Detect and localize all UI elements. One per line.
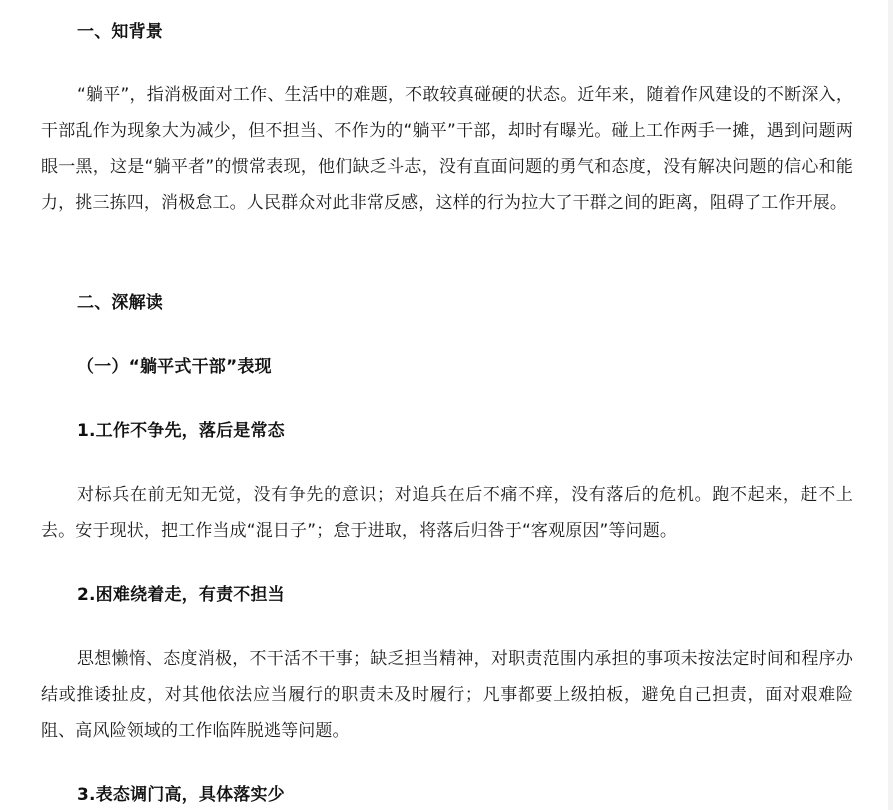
paragraph-background: “躺平”，指消极面对工作、生活中的难题，不敢较真碰硬的状态。近年来，随着作风建设… [41, 77, 853, 221]
scrollbar-track[interactable] [888, 0, 893, 810]
item-heading-1: 1.工作不争先，落后是常态 [77, 420, 285, 442]
section-heading-interpretation: 二、深解读 [77, 292, 163, 314]
subsection-heading-manifestations: （一）“躺平式干部”表现 [77, 356, 272, 378]
paragraph-item-2: 思想懒惰、态度消极，不干活不干事；缺乏担当精神，对职责范围内承担的事项未按法定时… [41, 641, 853, 749]
item-heading-2: 2.困难绕着走，有责不担当 [77, 584, 285, 606]
document-page: 一、知背景 “躺平”，指消极面对工作、生活中的难题，不敢较真碰硬的状态。近年来，… [0, 0, 888, 810]
item-heading-3: 3.表态调门高，具体落实少 [77, 784, 285, 806]
paragraph-item-1: 对标兵在前无知无觉，没有争先的意识；对追兵在后不痛不痒，没有落后的危机。跑不起来… [41, 477, 853, 549]
section-heading-background: 一、知背景 [77, 21, 163, 43]
